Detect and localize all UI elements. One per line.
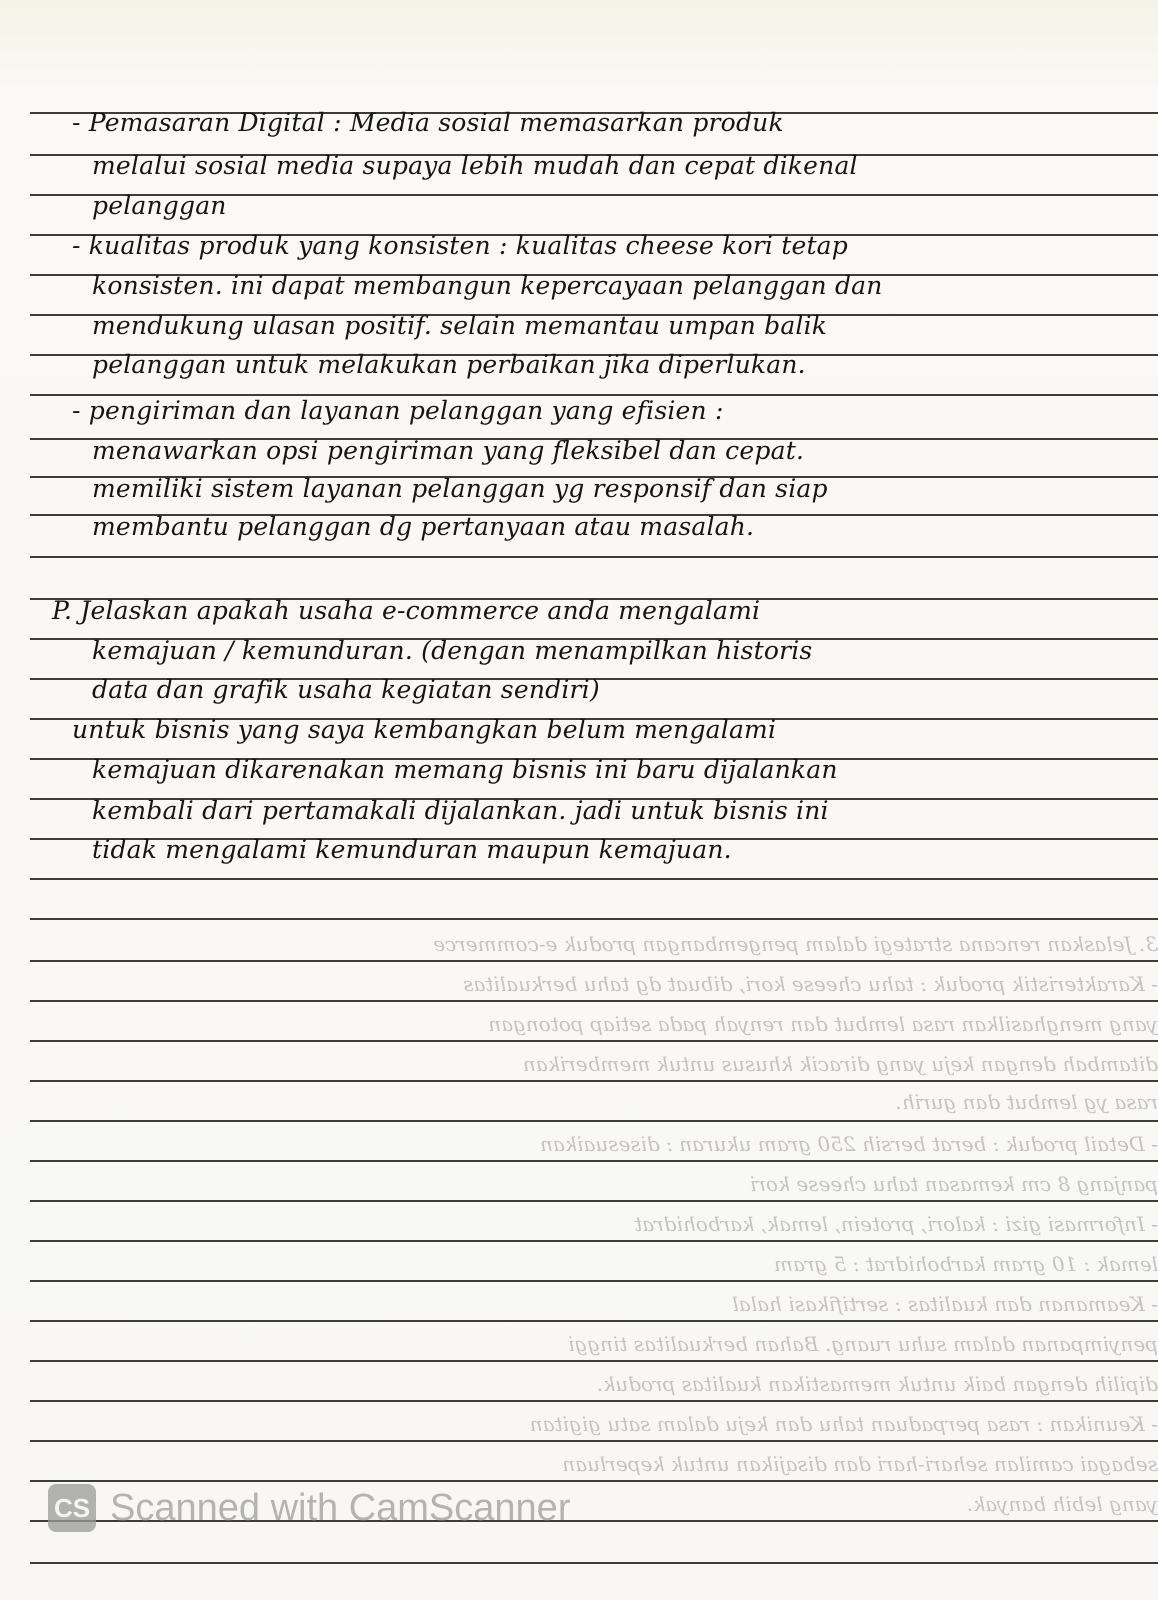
ruled-line — [30, 960, 1158, 962]
handwritten-line: - kualitas produk yang konsisten : kuali… — [0, 231, 1158, 260]
handwritten-line: kemajuan / kemunduran. (dengan menampilk… — [0, 636, 1158, 665]
handwritten-line: memiliki sistem layanan pelanggan yg res… — [0, 474, 1158, 503]
watermark-text: Scanned with CamScanner — [110, 1487, 570, 1530]
handwritten-line: - Pemasaran Digital : Media sosial memas… — [0, 108, 1158, 137]
handwritten-line: pelanggan — [0, 191, 1158, 220]
ruled-line — [30, 1040, 1158, 1042]
bleed-through-line: - Keamanan dan kualitas : sertifikasi ha… — [0, 1292, 1158, 1316]
camscanner-watermark: CS Scanned with CamScanner — [48, 1484, 570, 1532]
ruled-line — [30, 1280, 1158, 1282]
bleed-through-line: - Detail produk : berat bersih 250 gram … — [0, 1132, 1158, 1156]
ruled-line — [30, 1200, 1158, 1202]
handwritten-line: data dan grafik usaha kegiatan sendiri) — [0, 675, 1158, 704]
bleed-through-line: 3. Jelaskan rencana strategi dalam penge… — [0, 932, 1158, 956]
bleed-through-line: rasa yg lembut dan gurih. — [0, 1090, 1158, 1114]
handwritten-line: menawarkan opsi pengiriman yang fleksibe… — [0, 436, 1158, 465]
bleed-through-line: - Karakteristik produk : tahu cheese kor… — [0, 972, 1158, 996]
handwritten-line: konsisten. ini dapat membangun kepercaya… — [0, 271, 1158, 300]
handwritten-line: untuk bisnis yang saya kembangkan belum … — [0, 715, 1158, 744]
bleed-through-line: - Keunikan : rasa perpaduan tahu dan kej… — [0, 1412, 1158, 1436]
ruled-line — [30, 878, 1158, 880]
ruled-line — [30, 1400, 1158, 1402]
handwritten-line: membantu pelanggan dg pertanyaan atau ma… — [0, 512, 1158, 541]
bleed-through-line: panjang 8 cm kemasan tahu cheese kori — [0, 1172, 1158, 1196]
handwritten-line: pelanggan untuk melakukan perbaikan jika… — [0, 350, 1158, 379]
handwritten-line: tidak mengalami kemunduran maupun kemaju… — [0, 835, 1158, 864]
notebook-page: 3. Jelaskan rencana strategi dalam penge… — [0, 0, 1158, 1600]
ruled-line — [30, 1440, 1158, 1442]
handwritten-line: mendukung ulasan positif. selain memanta… — [0, 311, 1158, 340]
bleed-through-line: yang menghasilkan rasa lembut dan renyah… — [0, 1012, 1158, 1036]
handwritten-line: - pengiriman dan layanan pelanggan yang … — [0, 396, 1158, 425]
bleed-through-line: dipilih dengan baik untuk memastikan kua… — [0, 1372, 1158, 1396]
camscanner-logo-icon: CS — [48, 1484, 96, 1532]
ruled-line — [30, 1360, 1158, 1362]
ruled-line — [30, 1080, 1158, 1082]
ruled-line — [30, 1320, 1158, 1322]
ruled-line — [30, 1240, 1158, 1242]
ruled-line — [30, 556, 1158, 558]
ruled-line — [30, 1480, 1158, 1482]
ruled-line — [30, 1160, 1158, 1162]
handwritten-line: melalui sosial media supaya lebih mudah … — [0, 151, 1158, 180]
ruled-line — [30, 1562, 1158, 1564]
bleed-through-line: - Informasi gizi : kalori, protein, lema… — [0, 1212, 1158, 1236]
bleed-through-line: ditambah dengan keju yang diracik khusus… — [0, 1052, 1158, 1076]
handwritten-line: kembali dari pertamakali dijalankan. jad… — [0, 796, 1158, 825]
handwritten-line: kemajuan dikarenakan memang bisnis ini b… — [0, 755, 1158, 784]
ruled-line — [30, 918, 1158, 920]
bleed-through-line: penyimpanan dalam suhu ruang. Bahan berk… — [0, 1332, 1158, 1356]
bleed-through-line: sebagai camilan sehari-hari dan disajika… — [0, 1452, 1158, 1476]
handwritten-line: P. Jelaskan apakah usaha e-commerce anda… — [0, 596, 1158, 625]
ruled-line — [30, 1000, 1158, 1002]
bleed-through-line: lemak : 10 gram karbohidrat : 5 gram — [0, 1252, 1158, 1276]
ruled-line — [30, 1120, 1158, 1122]
